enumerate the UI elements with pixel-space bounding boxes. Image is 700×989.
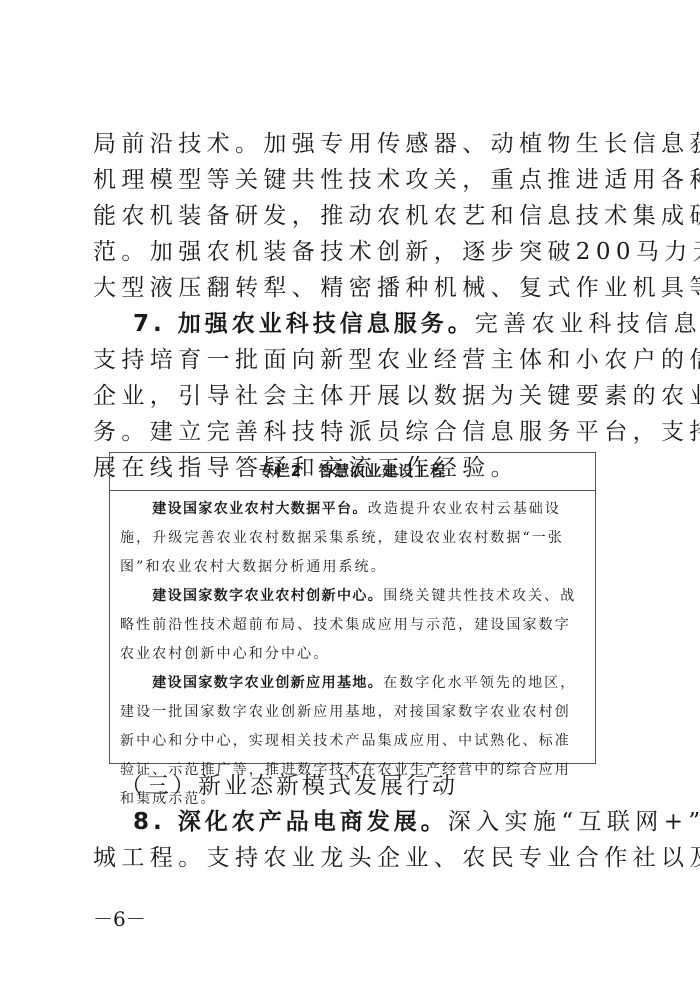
page-number: －6－ [93, 903, 146, 932]
column-item: 建设国家农业农村大数据平台。改造提升农业农村云基础设施，升级完善农业农村数据采集… [120, 495, 585, 582]
column-box: 专栏2 智慧农业建设工程 建设国家农业农村大数据平台。改造提升农业农村云基础设施… [109, 452, 596, 764]
column-item-lead: 建设国家数字农业农村创新中心。 [152, 588, 383, 604]
body-text-line: 支持培育一批面向新型农业经营主体和小农户的信息综合服务 [93, 342, 613, 378]
section-8-heading: 8. 深化农产品电商发展。 [133, 809, 448, 835]
section-7-text: 完善农业科技信息服务体系， [475, 311, 700, 337]
body-text-line: 企业，引导社会主体开展以数据为关键要素的农业生产社会化服 [93, 378, 613, 414]
body-text-line: 能农机装备研发，推动农机农艺和信息技术集成研究与系统示 [93, 198, 613, 234]
section-7-paragraph-start: 7. 加强农业科技信息服务。完善农业科技信息服务体系， [133, 306, 613, 342]
section-7-heading: 7. 加强农业科技信息服务。 [133, 311, 475, 337]
section-8-text: 深入实施“互联网+”农产品出村进 [448, 809, 700, 835]
body-text-line: 大型液压翻转犁、精密播种机械、复式作业机具等整机和机具。 [93, 270, 613, 306]
column-box-body: 建设国家农业农村大数据平台。改造提升农业农村云基础设施，升级完善农业农村数据采集… [110, 491, 595, 814]
body-text-line: 城工程。支持农业龙头企业、农民专业合作社以及种养殖大户、 [93, 840, 613, 876]
column-box-title: 专栏2 智慧农业建设工程 [110, 453, 595, 491]
body-text-line: 务。建立完善科技特派员综合信息服务平台，支持科技特派员开 [93, 414, 613, 450]
body-text-line: 机理模型等关键共性技术攻关，重点推进适用各种作业环境的智 [93, 162, 613, 198]
body-text-line: 局前沿技术。加强专用传感器、动植物生长信息获取及生产调控 [93, 126, 613, 162]
column-item-lead: 建设国家数字农业创新应用基地。 [152, 675, 383, 691]
column-item-lead: 建设国家农业农村大数据平台。 [152, 501, 368, 517]
column-item: 建设国家数字农业农村创新中心。围绕关键共性技术攻关、战略性前沿性技术超前布局、技… [120, 582, 585, 669]
subsection-heading: （三）新业态新模式发展行动 [120, 768, 640, 804]
section-8-paragraph-start: 8. 深化农产品电商发展。深入实施“互联网+”农产品出村进 [133, 804, 613, 840]
body-text-line: 范。加强农机装备技术创新，逐步突破200马力无人驾驶拖拉机、 [93, 234, 613, 270]
